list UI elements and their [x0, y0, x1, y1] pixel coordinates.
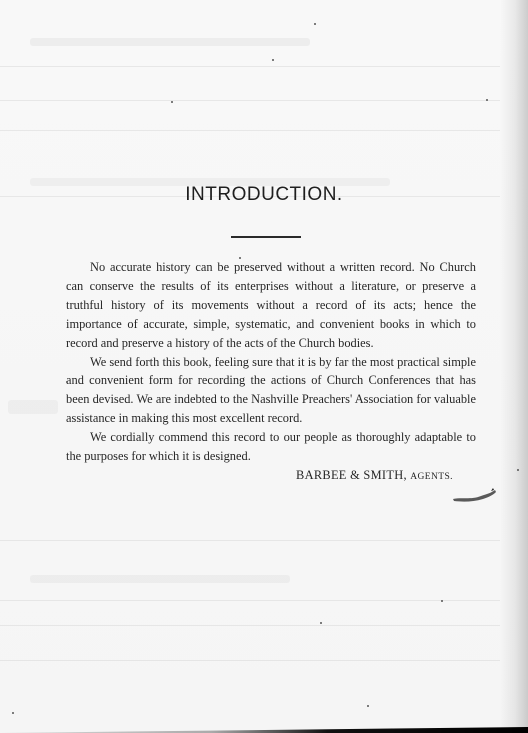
bleed-through-rule [0, 130, 500, 131]
speck [12, 712, 14, 714]
bleed-through-text [8, 400, 58, 414]
signature: BARBEE & SMITH, Agents. [296, 468, 453, 483]
speck [320, 622, 322, 624]
page-bottom-edge [0, 727, 528, 733]
speck [66, 381, 68, 383]
bleed-through-rule [0, 66, 500, 67]
ink-smudge [451, 488, 501, 504]
paragraph-1: No accurate history can be preserved wit… [66, 258, 476, 353]
paragraph-3: We cordially commend this record to our … [66, 428, 476, 466]
signature-role: Agents. [410, 472, 453, 482]
speck [239, 257, 241, 259]
speck [314, 23, 316, 25]
bleed-through-rule [0, 100, 500, 101]
speck [367, 705, 369, 707]
speck [272, 59, 274, 61]
bleed-through-rule [0, 540, 500, 541]
speck [486, 99, 488, 101]
speck [441, 600, 443, 602]
scanned-page: INTRODUCTION. No accurate history can be… [0, 0, 528, 733]
title-divider [231, 236, 301, 238]
bleed-through-rule [0, 625, 500, 626]
speck [517, 469, 519, 471]
bleed-through-rule [0, 600, 500, 601]
page-title: INTRODUCTION. [0, 184, 528, 206]
paragraph-2: We send forth this book, feeling sure th… [66, 353, 476, 429]
bleed-through-text [30, 38, 310, 46]
bleed-through-text [30, 575, 290, 583]
introduction-body: No accurate history can be preserved wit… [66, 258, 476, 466]
speck [171, 101, 173, 103]
signature-name: BARBEE & SMITH, [296, 468, 407, 482]
bleed-through-rule [0, 660, 500, 661]
